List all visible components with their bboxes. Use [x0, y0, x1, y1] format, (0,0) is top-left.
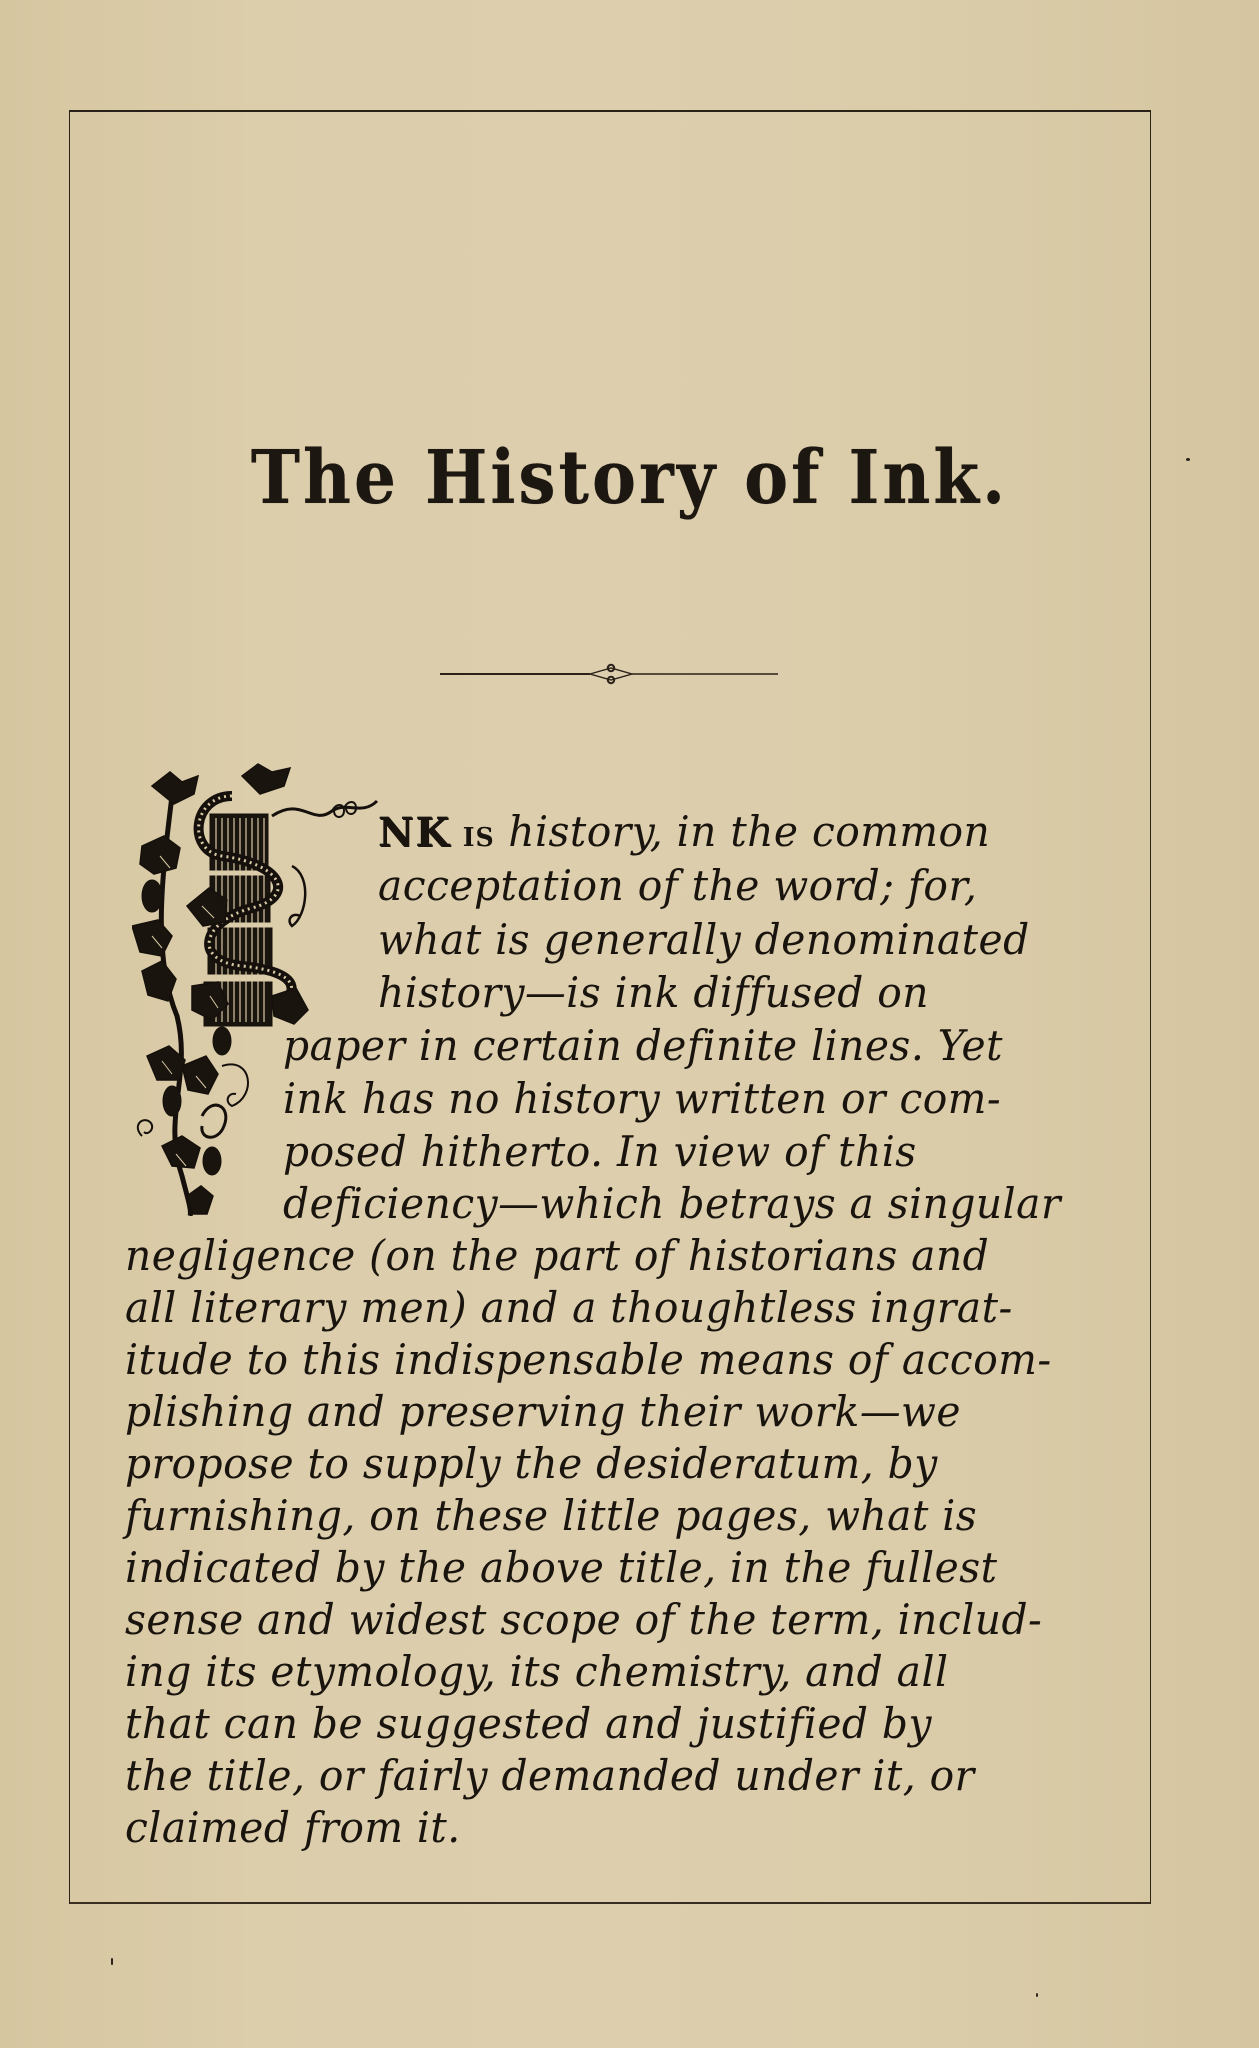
body-line-12: plishing and preserving their work—we [125, 1386, 961, 1438]
body-line-15: indicated by the above title, in the ful… [125, 1542, 997, 1594]
small-caps-word: IS [463, 823, 495, 853]
ornamental-divider-icon [440, 662, 782, 686]
body-line-4: history—is ink diffused on [378, 967, 929, 1019]
body-line-7: posed hitherto. In view of this [283, 1126, 917, 1178]
body-line-13: propose to supply the desideratum, by [125, 1438, 938, 1490]
page-title: The History of Ink. [0, 433, 1259, 520]
body-line-9: negligence (on the part of historians an… [125, 1230, 989, 1282]
body-line-17: ing its etymology, its chemistry, and al… [125, 1646, 948, 1698]
body-line-11: itude to this indispensable means of acc… [125, 1334, 1052, 1386]
body-line-5: paper in certain definite lines. Yet [283, 1020, 1003, 1072]
paper-speck [111, 1958, 113, 1965]
body-line-20: claimed from it. [125, 1802, 461, 1854]
body-line-3: what is generally denominated [378, 914, 1030, 966]
body-line-1: NKIShistory, in the common [378, 806, 1078, 864]
body-line-8: deficiency—which betrays a singular [283, 1178, 1061, 1230]
paper-speck [1036, 1993, 1038, 1997]
body-line-19: the title, or fairly demanded under it, … [125, 1750, 975, 1802]
body-line-2: acceptation of the word; for, [378, 860, 977, 912]
body-line-18: that can be suggested and justified by [125, 1698, 932, 1750]
paper-speck [1186, 458, 1190, 461]
body-line-14: furnishing, on these little pages, what … [125, 1490, 977, 1542]
body-line-text: history, in the common [508, 807, 990, 856]
body-line-10: all literary men) and a thoughtless ingr… [125, 1282, 1013, 1334]
drop-cap-continuation: NK [378, 807, 451, 859]
body-line-6: ink has no history written or com- [283, 1073, 1001, 1125]
body-line-16: sense and widest scope of the term, incl… [125, 1594, 1042, 1646]
